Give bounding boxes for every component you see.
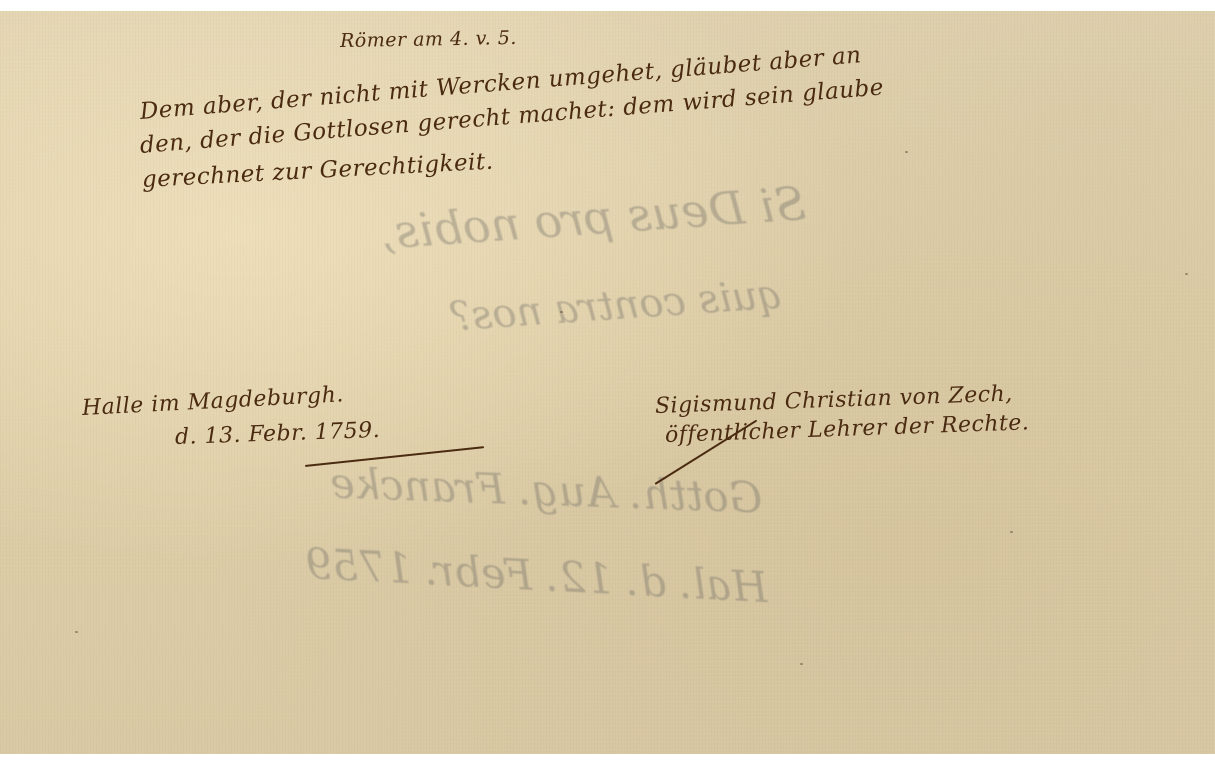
quotation-line-3: gerechnet zur Gerechtigkeit.	[141, 149, 494, 193]
paper-speck	[905, 151, 908, 153]
bleed-through-line-3: Gotth. Aug. Francke	[329, 458, 763, 522]
date-text: d. 13. Febr. 1759.	[175, 418, 381, 450]
paper-texture	[0, 11, 1215, 754]
bleed-through-line-4: Hal. d. 12. Febr. 1759	[304, 539, 769, 612]
scripture-reference: Römer am 4. v. 5.	[340, 27, 517, 52]
place-text: Halle im Magdeburgh.	[81, 382, 344, 421]
paper-speck	[800, 663, 803, 665]
manuscript-page: Si Deus pro nobis, quis contra nos? Gott…	[0, 11, 1215, 754]
bleed-through-line-2: quis contra nos?	[449, 271, 785, 340]
paper-speck	[560, 311, 563, 313]
paper-speck	[75, 631, 78, 633]
paper-speck	[1010, 531, 1013, 533]
bleed-through-line-1: Si Deus pro nobis,	[379, 176, 808, 260]
paper-speck	[1185, 273, 1188, 275]
